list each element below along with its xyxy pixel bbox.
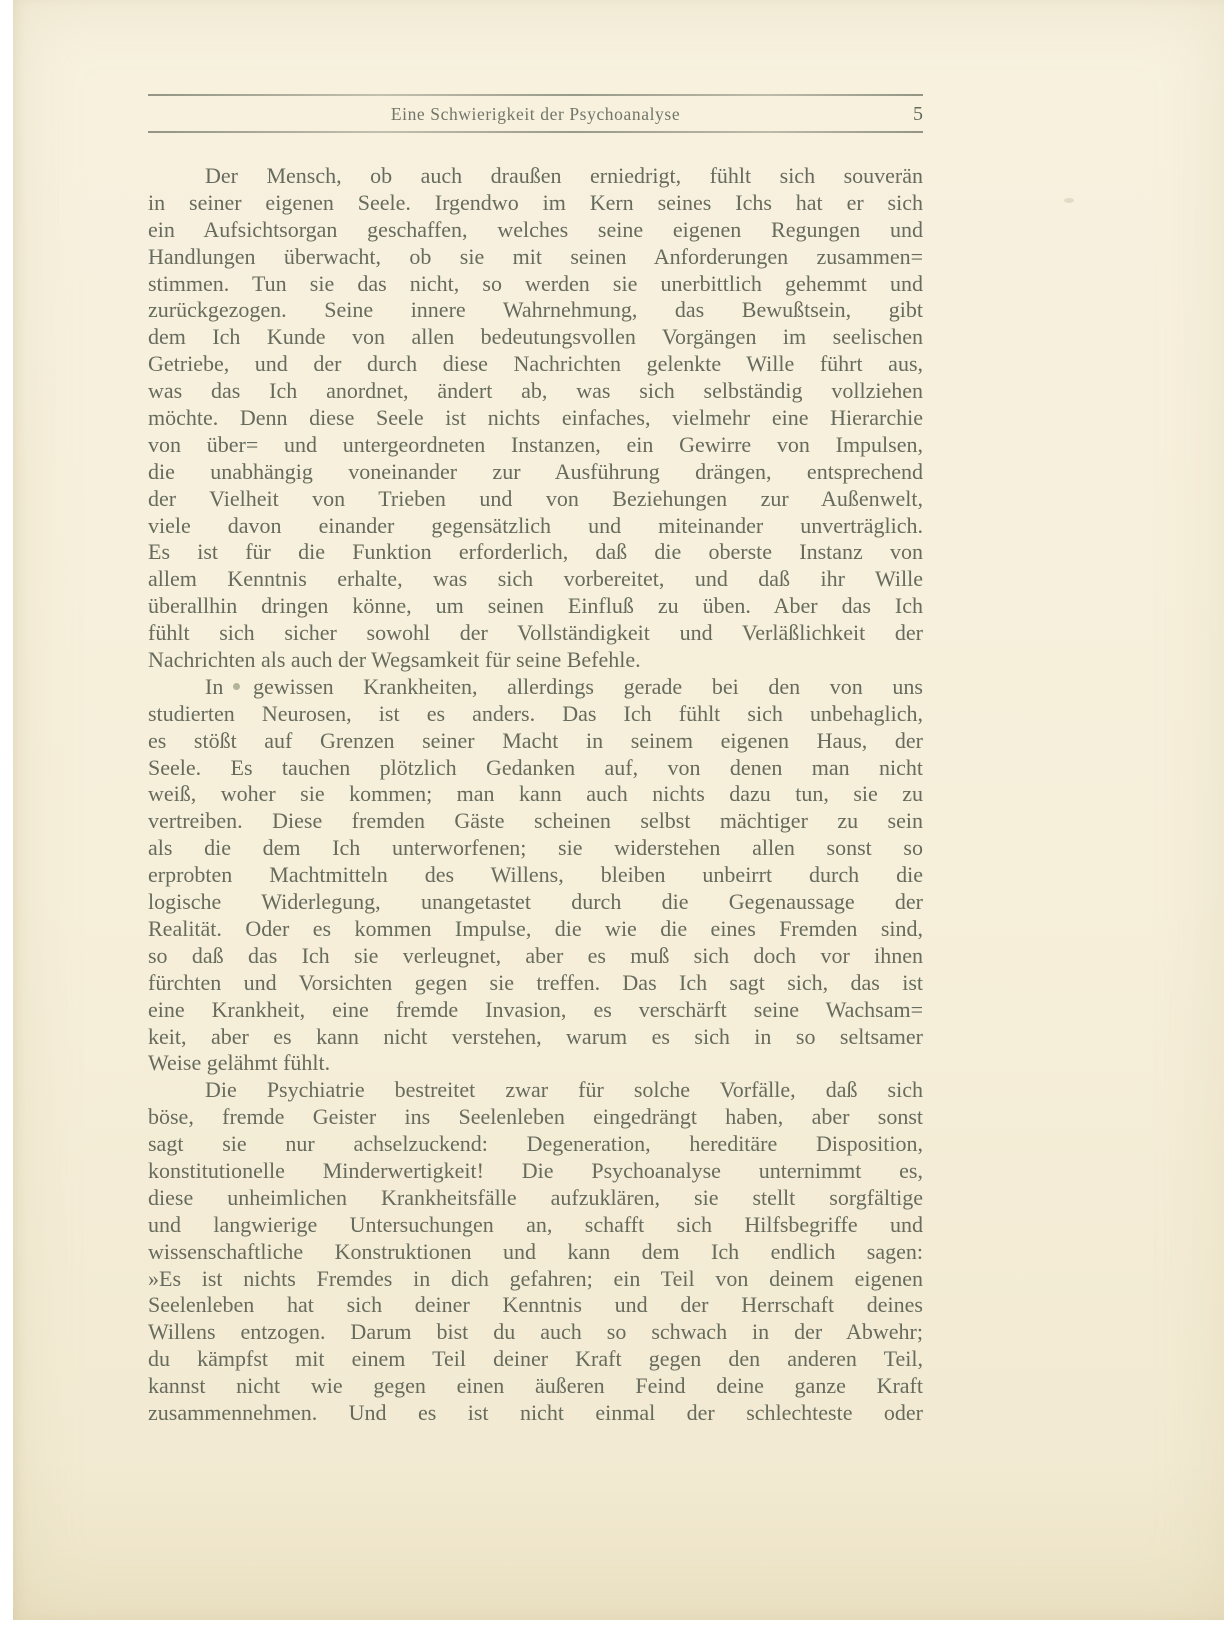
paragraph: Die Psychiatrie bestreitet zwar für solc… — [148, 1077, 923, 1427]
text-line: Es ist für die Funktion erforderlich, da… — [148, 539, 923, 566]
text-line: Getriebe, und der durch diese Nachrichte… — [148, 351, 923, 378]
text-line: Realität. Oder es kommen Impulse, die wi… — [148, 916, 923, 943]
header-rule-bottom — [148, 131, 923, 133]
text-line: was das Ich anordnet, ändert ab, was sic… — [148, 378, 923, 405]
text-line: stimmen. Tun sie das nicht, so werden si… — [148, 271, 923, 298]
text-line: als die dem Ich unterworfenen; sie wider… — [148, 835, 923, 862]
text-line: die unabhängig voneinander zur Ausführun… — [148, 459, 923, 486]
text-line: fühlt sich sicher sowohl der Vollständig… — [148, 620, 923, 647]
text-line: vertreiben. Diese fremden Gäste scheinen… — [148, 808, 923, 835]
text-line: dem Ich Kunde von allen bedeutungsvollen… — [148, 324, 923, 351]
text-line: »Es ist nichts Fremdes in dich gefahren;… — [148, 1266, 923, 1293]
text-line: allem Kenntnis erhalte, was sich vorbere… — [148, 566, 923, 593]
text-line: erprobten Machtmitteln des Willens, blei… — [148, 862, 923, 889]
text-line: logische Widerlegung, unangetastet durch… — [148, 889, 923, 916]
text-line: du kämpfst mit einem Teil deiner Kraft g… — [148, 1346, 923, 1373]
text-line: In gewissen Krankheiten, allerdings gera… — [148, 674, 923, 701]
scan-speck — [233, 683, 240, 690]
text-line: Der Mensch, ob auch draußen erniedrigt, … — [148, 163, 923, 190]
text-line: Willens entzogen. Darum bist du auch so … — [148, 1319, 923, 1346]
page-number: 5 — [913, 97, 923, 131]
text-line: sagt sie nur achselzuckend: Degeneration… — [148, 1131, 923, 1158]
text-line: Nachrichten als auch der Wegsamkeit für … — [148, 647, 923, 674]
text-line: Seelenleben hat sich deiner Kenntnis und… — [148, 1292, 923, 1319]
text-line: möchte. Denn diese Seele ist nichts einf… — [148, 405, 923, 432]
text-line: konstitutionelle Minderwertigkeit! Die P… — [148, 1158, 923, 1185]
scan-speck — [1064, 198, 1074, 203]
text-line: fürchten und Vorsichten gegen sie treffe… — [148, 970, 923, 997]
text-line: Die Psychiatrie bestreitet zwar für solc… — [148, 1077, 923, 1104]
text-line: kannst nicht wie gegen einen äußeren Fei… — [148, 1373, 923, 1400]
text-line: weiß, woher sie kommen; man kann auch ni… — [148, 781, 923, 808]
text-line: der Vielheit von Trieben und von Beziehu… — [148, 486, 923, 513]
text-line: zurückgezogen. Seine innere Wahrnehmung,… — [148, 297, 923, 324]
text-line: und langwierige Untersuchungen an, schaf… — [148, 1212, 923, 1239]
text-line: viele davon einander gegensätzlich und m… — [148, 513, 923, 540]
text-line: zusammennehmen. Und es ist nicht einmal … — [148, 1400, 923, 1427]
text-line: Seele. Es tauchen plötzlich Gedanken auf… — [148, 755, 923, 782]
page-header: Eine Schwierigkeit der Psychoanalyse 5 — [148, 97, 923, 131]
text-line: Handlungen überwacht, ob sie mit seinen … — [148, 244, 923, 271]
text-line: es stößt auf Grenzen seiner Macht in sei… — [148, 728, 923, 755]
header-rule-top — [148, 94, 923, 96]
text-line: überallhin dringen könne, um seinen Einf… — [148, 593, 923, 620]
text-line: ein Aufsichtsorgan geschaffen, welches s… — [148, 217, 923, 244]
text-line: diese unheimlichen Krankheitsfälle aufzu… — [148, 1185, 923, 1212]
paragraph: In gewissen Krankheiten, allerdings gera… — [148, 674, 923, 1077]
text-line: studierten Neurosen, ist es anders. Das … — [148, 701, 923, 728]
text-line: eine Krankheit, eine fremde Invasion, es… — [148, 997, 923, 1024]
text-line: böse, fremde Geister ins Seelenleben ein… — [148, 1104, 923, 1131]
text-line: in seiner eigenen Seele. Irgendwo im Ker… — [148, 190, 923, 217]
paragraph: Der Mensch, ob auch draußen erniedrigt, … — [148, 163, 923, 674]
text-line: wissenschaftliche Konstruktionen und kan… — [148, 1239, 923, 1266]
text-line: Weise gelähmt fühlt. — [148, 1050, 923, 1077]
text-line: von über= und untergeordneten Instanzen,… — [148, 432, 923, 459]
text-line: so daß das Ich sie verleugnet, aber es m… — [148, 943, 923, 970]
text-line: keit, aber es kann nicht verstehen, waru… — [148, 1024, 923, 1051]
running-head-title: Eine Schwierigkeit der Psychoanalyse — [148, 97, 923, 131]
body-text: Der Mensch, ob auch draußen erniedrigt, … — [148, 163, 923, 1427]
